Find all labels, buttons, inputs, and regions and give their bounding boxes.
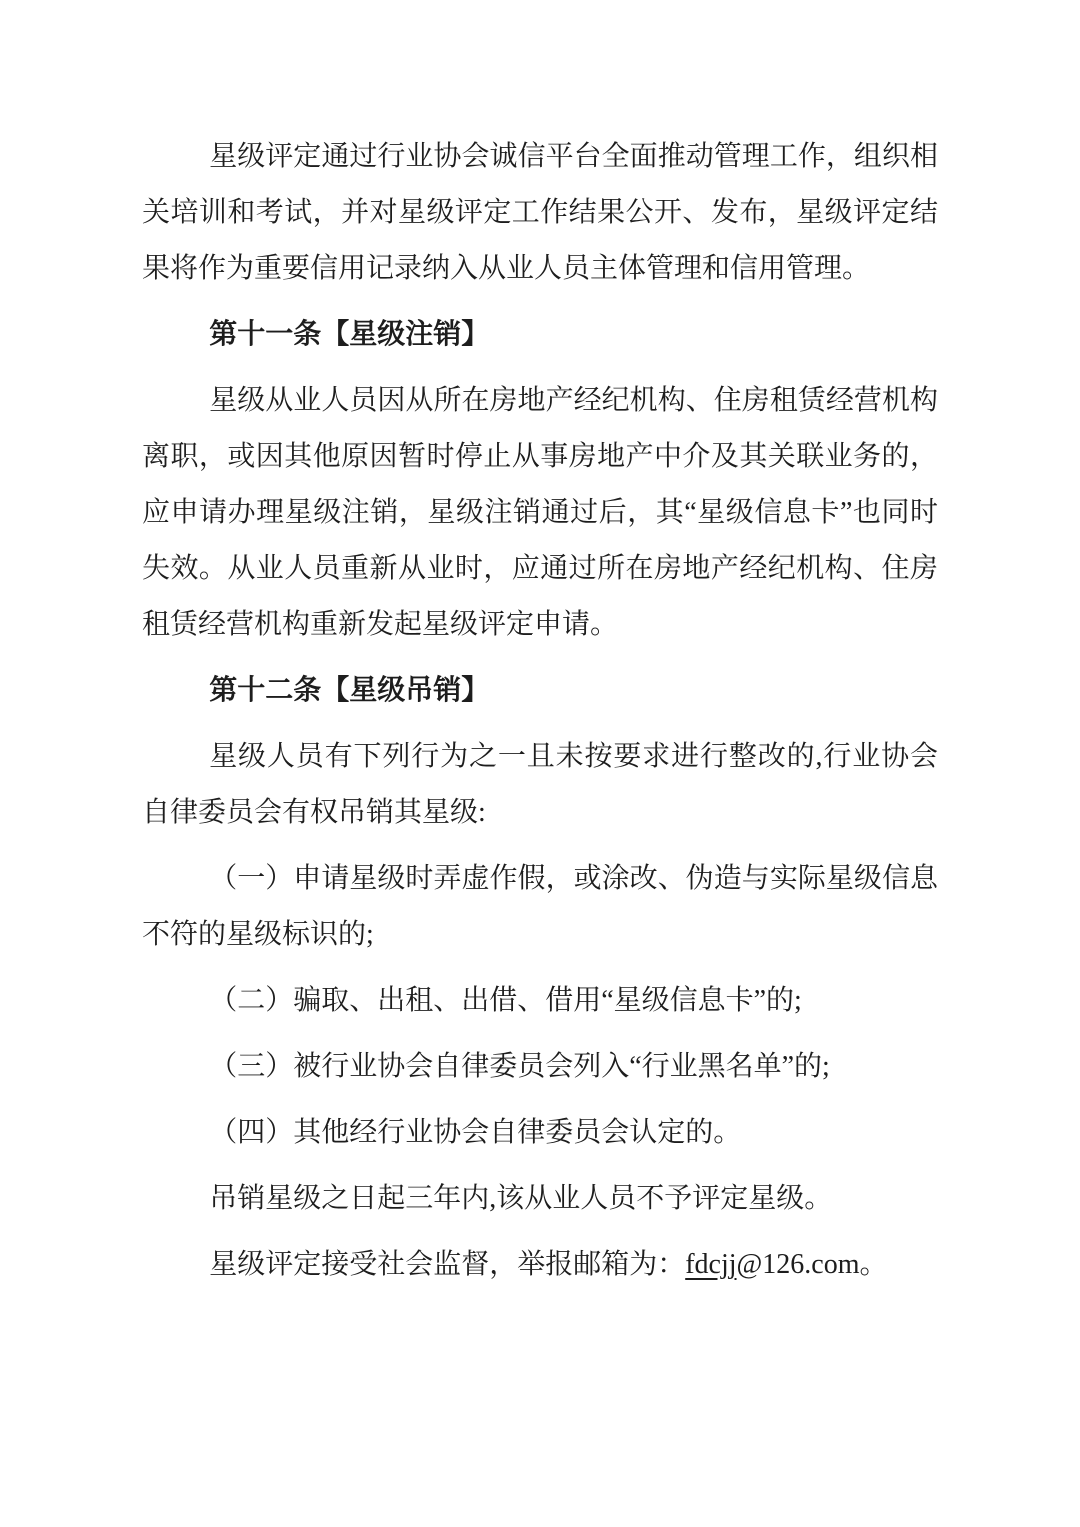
list-item-3: （三）被行业协会自律委员会列入“行业黑名单”的; [142,1039,938,1095]
paragraph-three-year-ban: 吊销星级之日起三年内,该从业人员不予评定星级。 [142,1171,938,1227]
paragraph-report-email: 星级评定接受社会监督，举报邮箱为：fdcjj@126.com。 [142,1237,938,1293]
list-item-2: （二）骗取、出租、出借、借用“星级信息卡”的; [142,973,938,1029]
report-email-domain[interactable]: @126.com [737,1249,860,1280]
report-email-user[interactable]: fdcjj [685,1249,736,1280]
paragraph-revocation-intro: 星级人员有下列行为之一且未按要求进行整改的,行业协会自律委员会有权吊销其星级: [142,729,938,841]
heading-article-11-star-cancellation: 第十一条【星级注销】 [142,307,938,363]
list-item-1: （一）申请星级时弄虚作假，或涂改、伪造与实际星级信息不符的星级标识的; [142,851,938,963]
paragraph-star-cancellation-rules: 星级从业人员因从所在房地产经纪机构、住房租赁经营机构离职，或因其他原因暂时停止从… [142,373,938,653]
report-email-link[interactable]: fdcjj@126.com [685,1249,859,1280]
heading-article-12-star-revocation: 第十二条【星级吊销】 [142,663,938,719]
report-email-prefix: 星级评定接受社会监督，举报邮箱为： [209,1249,685,1280]
list-item-4: （四）其他经行业协会自律委员会认定的。 [142,1105,938,1161]
report-email-suffix: 。 [860,1249,888,1280]
paragraph-star-rating-platform: 星级评定通过行业协会诚信平台全面推动管理工作，组织相关培训和考试，并对星级评定工… [142,129,938,297]
document-page: 星级评定通过行业协会诚信平台全面推动管理工作，组织相关培训和考试，并对星级评定工… [0,0,1080,1527]
